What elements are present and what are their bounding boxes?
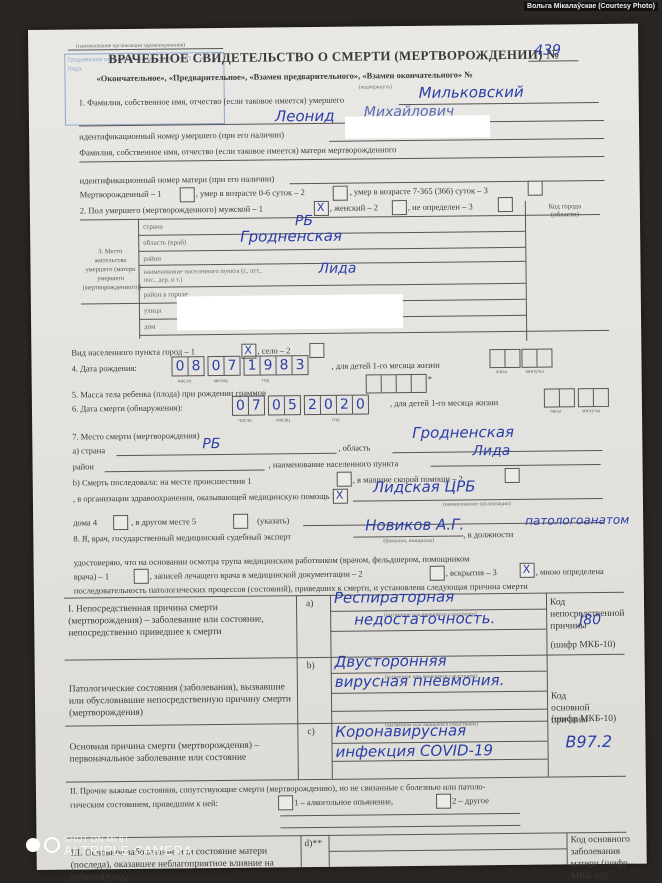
settlement-village-checkbox[interactable] bbox=[309, 343, 324, 358]
doctor-position: патологоанатом bbox=[525, 512, 605, 529]
cause-b-line2: вирусная пневмония. bbox=[335, 671, 505, 691]
death-place-label: 7. Место смерти (мертворождения) bbox=[72, 430, 199, 441]
certification-text-4: , вскрытия – 3 bbox=[446, 567, 497, 578]
birth-minutes-field[interactable] bbox=[521, 349, 552, 368]
city-code-label: Код города (области) bbox=[540, 202, 590, 219]
death-other-specify: (указать) bbox=[257, 515, 289, 525]
photo-credit: Вольга Мікалаўскае (Courtesy Photo) bbox=[524, 2, 658, 11]
alcohol-checkbox[interactable] bbox=[278, 795, 293, 810]
cause-c-letter: c) bbox=[307, 727, 314, 737]
residence-side-label: 3. Место жительства умершего (матери уме… bbox=[82, 247, 138, 293]
death-circumstances-label: b) Смерть последовала: на месте происшес… bbox=[73, 476, 252, 488]
certification-text-3: , записей лечащего врача в медицинской д… bbox=[150, 569, 363, 581]
birth-weight-star: * bbox=[428, 374, 432, 384]
residence-street-label: улица bbox=[144, 307, 161, 315]
residence-country-label: страна bbox=[143, 223, 163, 231]
cause-b-description: Патологические состояния (заболевания), … bbox=[69, 681, 291, 719]
death-hours-field[interactable] bbox=[544, 388, 575, 407]
camera-ring-icon bbox=[44, 837, 60, 853]
cause-b-code-sub: (шифр МКБ-10) bbox=[551, 714, 616, 725]
sex-male-checkbox[interactable] bbox=[314, 201, 329, 216]
doctor-position-label: , в должности bbox=[463, 529, 513, 540]
medical-records-checkbox[interactable] bbox=[430, 566, 445, 581]
birth-hours-field[interactable] bbox=[489, 349, 520, 368]
doctor-name: Новиков А.Г. bbox=[365, 515, 464, 534]
doctor-statement-label: 8. Я, врач, государственный медицинский … bbox=[73, 531, 291, 543]
death-date-label: 6. Дата смерти (обнаружения): bbox=[72, 402, 183, 413]
death-region-value: Гродненская bbox=[412, 423, 514, 442]
certification-text-5: , мною определена bbox=[536, 566, 604, 577]
sex-undefined-label: , не определен – 3 bbox=[408, 201, 473, 212]
cause-a-letter: а) bbox=[306, 599, 313, 609]
residence-region-label: область (край) bbox=[143, 238, 186, 246]
watermark-line2: AI TRIPLE CAMERA bbox=[64, 845, 192, 856]
residence-settlement-label: наименование населенного пункта (г., пгт… bbox=[144, 268, 264, 285]
deceased-id-label: идентификационный номер умершего (при ег… bbox=[79, 129, 284, 141]
mother-condition-code-label: Код основного заболевания матери (шифр М… bbox=[570, 834, 636, 883]
age-0-6-label: , умер в возрасте 0-6 суток – 2 bbox=[196, 187, 305, 198]
death-other-label: , в другом месте 5 bbox=[131, 516, 196, 527]
org-label: (наименование организации здравоохранени… bbox=[76, 42, 185, 49]
autopsy-checkbox[interactable] bbox=[520, 563, 535, 578]
birth-hours-caption: часы bbox=[496, 369, 507, 375]
certification-text-2: врача) – 1 bbox=[74, 571, 109, 581]
death-org-hint: (наименование организации) bbox=[443, 501, 511, 508]
cause-a-code-sub: (шифр МКБ-10) bbox=[550, 640, 615, 651]
birth-day-caption: число bbox=[178, 378, 192, 384]
cause-c-description: Основная причина смерти (мертворождения)… bbox=[69, 739, 291, 765]
death-healthcare-org-checkbox[interactable] bbox=[333, 489, 348, 504]
death-year-caption: год bbox=[332, 417, 340, 423]
death-org-name: Лидская ЦРБ bbox=[373, 477, 476, 496]
cause-c-line1: Коронавирусная bbox=[335, 721, 466, 740]
death-certificate-page: (наименование организации здравоохранени… bbox=[28, 24, 647, 870]
death-home-checkbox[interactable] bbox=[113, 515, 128, 530]
cause-b-line1: Двусторонняя bbox=[335, 652, 447, 671]
birth-date-field[interactable]: 08 07 1983 bbox=[171, 355, 308, 376]
death-ambulance-checkbox[interactable] bbox=[505, 468, 520, 483]
death-country-label: а) страна bbox=[72, 445, 105, 455]
death-home-label: дома 4 bbox=[73, 517, 97, 527]
death-other-checkbox[interactable] bbox=[233, 514, 248, 529]
mother-id-label: идентификационный номер матери (при его … bbox=[80, 173, 275, 185]
cause-a-line2: недостаточность. bbox=[354, 609, 495, 628]
mother-condition-letter: d)** bbox=[304, 839, 322, 849]
birth-year-caption: год bbox=[262, 377, 270, 383]
settlement-village-label: , село – 2 bbox=[257, 345, 290, 355]
death-scene-checkbox[interactable] bbox=[337, 472, 352, 487]
death-settlement-value: Лида bbox=[472, 443, 510, 459]
sex-female-label: , женский – 2 bbox=[330, 202, 378, 213]
other-conditions-line1: II. Прочие важные состояния, сопутствующ… bbox=[70, 781, 486, 795]
stillborn-label: Мертворожденный – 1 bbox=[80, 189, 162, 200]
certificate-number: 439 bbox=[534, 42, 561, 58]
cause-b-letter: b) bbox=[307, 661, 315, 671]
death-healthcare-org-label: , в организации здравоохранения, оказыва… bbox=[73, 490, 373, 503]
death-month-caption: месяц bbox=[276, 417, 290, 423]
stillborn-checkbox[interactable] bbox=[180, 187, 195, 202]
birth-day-digit-1: 0 bbox=[172, 357, 188, 375]
redacted-id bbox=[345, 115, 490, 139]
certification-text-1: удостоверяю, что на основании осмотра тр… bbox=[74, 553, 470, 567]
sex-female-checkbox[interactable] bbox=[392, 200, 407, 215]
camera-dot-icon bbox=[26, 838, 40, 852]
birth-minutes-caption: минуты bbox=[526, 369, 544, 375]
birth-day-digit-2: 8 bbox=[188, 357, 203, 375]
cause-a-line1: Респираторная bbox=[334, 588, 454, 607]
death-district-label: район bbox=[73, 461, 94, 471]
cause-c-code: B97.2 bbox=[565, 732, 612, 751]
other-conditions-line2: гическим состоянием, приведшим к ней: bbox=[70, 798, 218, 810]
birth-month-caption: месяц bbox=[214, 378, 228, 384]
death-day-caption: число bbox=[238, 418, 252, 424]
deceased-name-label: 1. Фамилия, собственное имя, отчество (е… bbox=[79, 95, 344, 108]
variants-hint: (подчеркнуть) bbox=[359, 84, 392, 90]
age-0-6-checkbox[interactable] bbox=[333, 186, 348, 201]
age-7-365-checkbox[interactable] bbox=[528, 181, 543, 196]
sex-label: 2. Пол умершего (мертворожденного) мужск… bbox=[80, 204, 263, 216]
redacted-address bbox=[177, 294, 403, 330]
cause-a-description: I. Непосредственная причина смерти (мерт… bbox=[68, 601, 290, 639]
sex-undefined-checkbox[interactable] bbox=[498, 197, 513, 212]
alcohol-label: 1 – алкогольное опьянение, bbox=[294, 796, 393, 807]
birth-infant-label: , для детей 1-го месяца жизни bbox=[331, 360, 439, 371]
residence-settlement-value: Лида bbox=[318, 261, 356, 277]
birth-month-digit-1: 0 bbox=[208, 357, 224, 375]
death-minutes-caption: минуты bbox=[582, 408, 600, 414]
birth-weight-field[interactable] bbox=[366, 374, 427, 394]
deceased-surname: Мильковский bbox=[419, 83, 524, 102]
doctor-name-hint: (фамилия, инициалы) bbox=[383, 538, 434, 545]
death-date-field[interactable]: 07 05 2020 bbox=[232, 394, 369, 415]
age-7-365-label: , умер в возрасте 7-365 (366) суток – 3 bbox=[350, 185, 488, 196]
residence-house-label: дом bbox=[144, 323, 155, 331]
death-region-label: , область bbox=[338, 442, 370, 452]
cause-c-line2: инфекция COVID-19 bbox=[335, 741, 493, 761]
document-title: ВРАЧЕБНОЕ СВИДЕТЕЛЬСТВО О СМЕРТИ (МЕРТВО… bbox=[108, 46, 560, 67]
exam-by-medic-checkbox[interactable] bbox=[134, 569, 149, 584]
camera-watermark: SHOT ON MI 9T AI TRIPLE CAMERA bbox=[26, 834, 192, 856]
cause-a-code: J80 bbox=[579, 612, 601, 628]
residence-region-value: Гродненская bbox=[240, 227, 342, 246]
other-condition-label: 2 – другое bbox=[452, 795, 489, 805]
death-hours-caption: часы bbox=[550, 408, 561, 414]
birth-date-label: 4. Дата рождения: bbox=[71, 363, 136, 374]
death-country-value: РБ bbox=[202, 436, 220, 452]
residence-district-label: район bbox=[143, 255, 161, 263]
death-settlement-label: , наименование населенного пункта bbox=[269, 458, 399, 469]
death-minutes-field[interactable] bbox=[578, 388, 609, 407]
death-infant-label: , для детей 1-го месяца жизни bbox=[390, 397, 498, 408]
mother-name-label: Фамилия, собственное имя, отчество (если… bbox=[79, 144, 396, 157]
other-condition-checkbox[interactable] bbox=[436, 794, 451, 809]
birth-month-digit-2: 7 bbox=[224, 357, 239, 375]
